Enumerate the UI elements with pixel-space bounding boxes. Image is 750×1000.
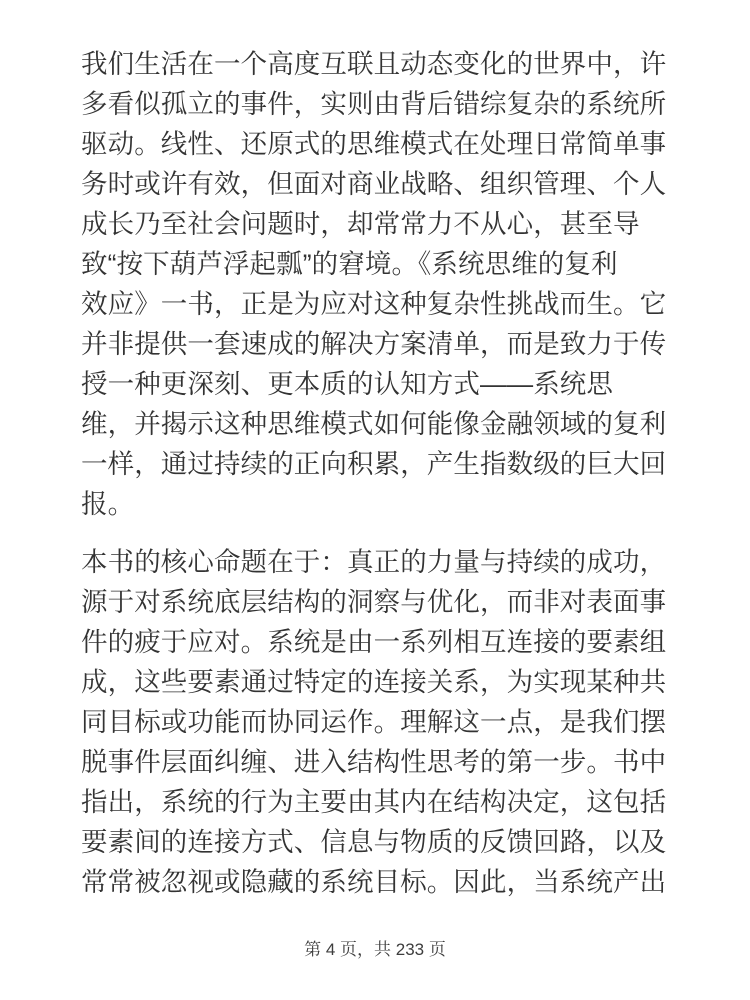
text-line: 成，这些要素通过特定的连接关系，为实现某种共 [81, 662, 671, 702]
text-line: 多看似孤立的事件，实则由背后错综复杂的系统所 [81, 84, 671, 124]
text-line: 授一种更深刻、更本质的认知方式——系统思 [81, 364, 671, 404]
text-line: 我们生活在一个高度互联且动态变化的世界中，许 [81, 44, 671, 84]
text-line: 成长乃至社会问题时，却常常力不从心，甚至导 [81, 204, 671, 244]
text-line: 常常被忽视或隐藏的系统目标。因此，当系统产出 [81, 862, 671, 902]
text-line: 致“按下葫芦浮起瓢”的窘境。《系统思维的复利 [81, 244, 671, 284]
text-line: 脱事件层面纠缠、进入结构性思考的第一步。书中 [81, 742, 671, 782]
page-number-indicator: 第 4 页，共 233 页 [0, 938, 750, 962]
text-line: 件的疲于应对。系统是由一系列相互连接的要素组 [81, 622, 671, 662]
page-text-content: 我们生活在一个高度互联且动态变化的世界中，许 多看似孤立的事件，实则由背后错综复… [81, 44, 671, 920]
paragraph-2: 本书的核心命题在于：真正的力量与持续的成功， 源于对系统底层结构的洞察与优化，而… [81, 542, 671, 902]
text-line: 要素间的连接方式、信息与物质的反馈回路，以及 [81, 822, 671, 862]
document-page: 我们生活在一个高度互联且动态变化的世界中，许 多看似孤立的事件，实则由背后错综复… [0, 0, 750, 1000]
text-line: 指出，系统的行为主要由其内在结构决定，这包括 [81, 782, 671, 822]
text-line: 本书的核心命题在于：真正的力量与持续的成功， [81, 542, 671, 582]
text-line: 驱动。线性、还原式的思维模式在处理日常简单事 [81, 124, 671, 164]
text-line: 务时或许有效，但面对商业战略、组织管理、个人 [81, 164, 671, 204]
text-line: 报。 [81, 484, 671, 524]
paragraph-1: 我们生活在一个高度互联且动态变化的世界中，许 多看似孤立的事件，实则由背后错综复… [81, 44, 671, 524]
text-line: 效应》一书，正是为应对这种复杂性挑战而生。它 [81, 284, 671, 324]
text-line: 一样，通过持续的正向积累，产生指数级的巨大回 [81, 444, 671, 484]
text-line: 并非提供一套速成的解决方案清单，而是致力于传 [81, 324, 671, 364]
text-line: 源于对系统底层结构的洞察与优化，而非对表面事 [81, 582, 671, 622]
text-line: 同目标或功能而协同运作。理解这一点，是我们摆 [81, 702, 671, 742]
text-line: 维，并揭示这种思维模式如何能像金融领域的复利 [81, 404, 671, 444]
